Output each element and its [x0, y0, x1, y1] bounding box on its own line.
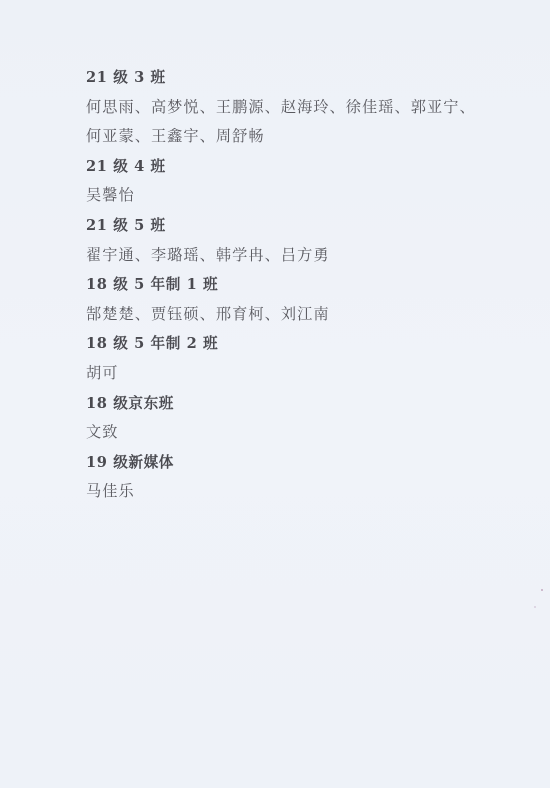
- class-heading-18-jd: 18 级京东班: [86, 389, 486, 419]
- student-list-18-jd: 文致: [86, 418, 478, 448]
- class-heading-21-4: 21 级 4 班: [86, 152, 486, 182]
- student-list-19-new-media: 马佳乐: [86, 477, 478, 507]
- student-list-21-3: 何思雨、高梦悦、王鹏源、赵海玲、徐佳瑶、郭亚宁、何亚蒙、王鑫宇、周舒畅: [86, 93, 478, 152]
- class-heading-21-5: 21 级 5 班: [86, 211, 486, 241]
- student-list-21-4: 吴馨怡: [86, 181, 478, 211]
- class-heading-18-5yr-2: 18 级 5 年制 2 班: [86, 329, 486, 359]
- student-list-18-5yr-2: 胡可: [86, 359, 478, 389]
- scanned-page: 21 级 3 班 何思雨、高梦悦、王鹏源、赵海玲、徐佳瑶、郭亚宁、何亚蒙、王鑫宇…: [0, 0, 550, 788]
- scan-speck: [541, 589, 543, 591]
- student-list-21-5: 翟宇通、李璐瑶、韩学冉、吕方勇: [86, 241, 478, 271]
- class-heading-21-3: 21 级 3 班: [86, 63, 486, 93]
- class-heading-19-new-media: 19 级新媒体: [86, 448, 486, 478]
- student-list-18-5yr-1: 郜楚楚、贾钰硕、邢育柯、刘江南: [86, 300, 478, 330]
- scan-speck: [534, 606, 536, 608]
- class-list: 21 级 3 班 何思雨、高梦悦、王鹏源、赵海玲、徐佳瑶、郭亚宁、何亚蒙、王鑫宇…: [86, 63, 486, 507]
- class-heading-18-5yr-1: 18 级 5 年制 1 班: [86, 270, 486, 300]
